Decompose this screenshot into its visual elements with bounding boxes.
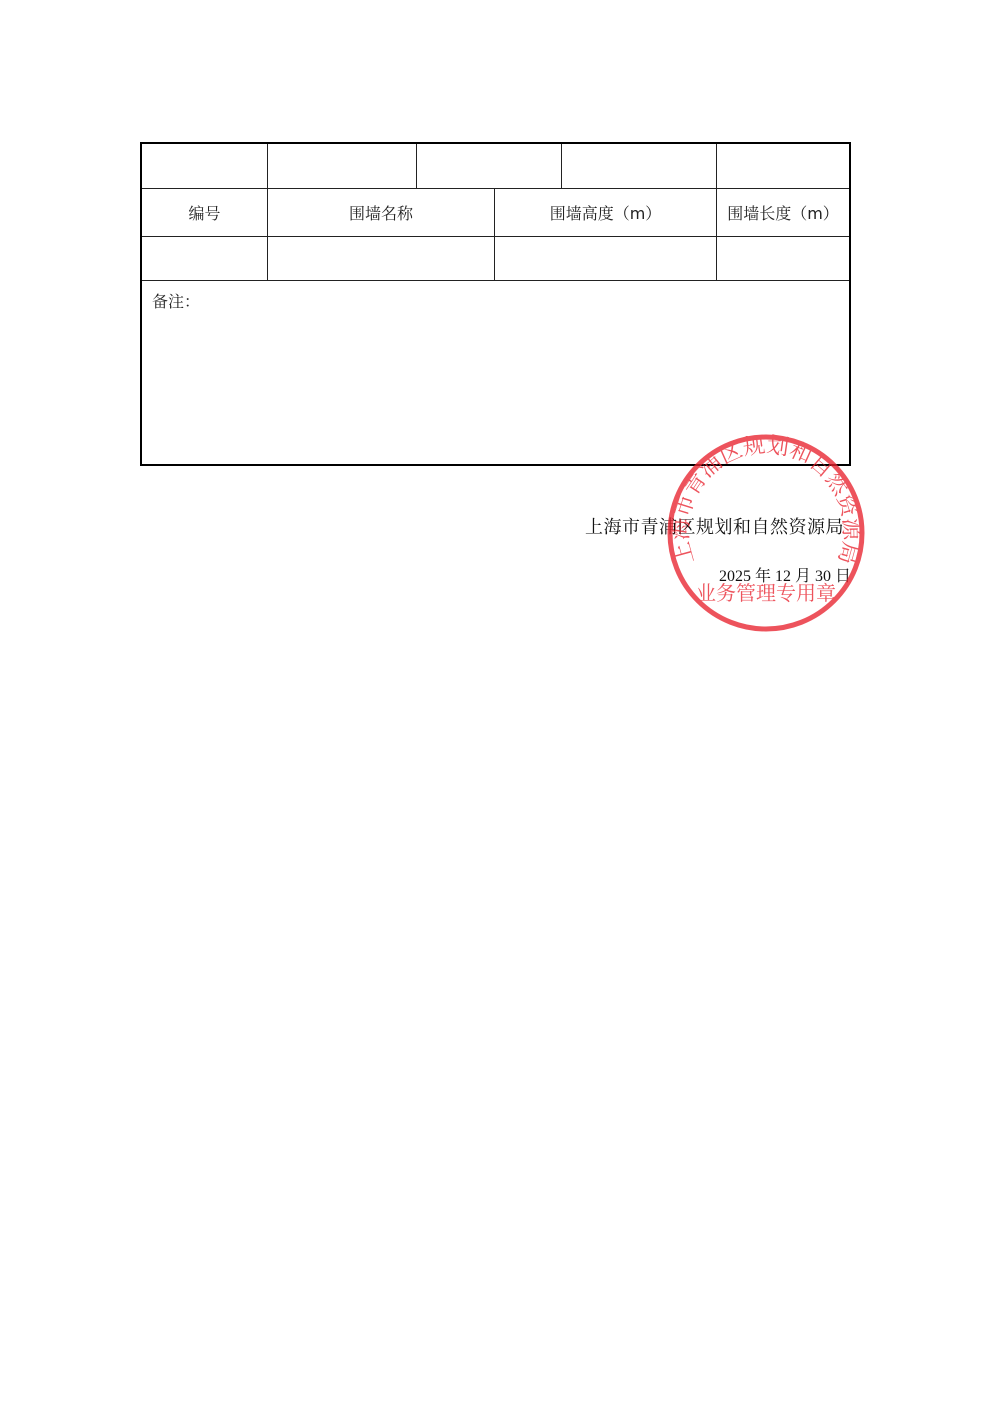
top-row-cell <box>142 144 268 189</box>
header-wall-name: 围墙名称 <box>268 189 495 237</box>
header-wall-length: 围墙长度（m） <box>717 189 849 237</box>
data-wall-height <box>495 237 717 281</box>
wall-info-table: 编号 围墙名称 围墙高度（m） 围墙长度（m） 备注： <box>140 142 851 466</box>
header-id: 编号 <box>142 189 268 237</box>
seal-ring-text: 上海市青浦区规划和自然资源局 <box>669 433 863 567</box>
top-row-cell <box>268 144 417 189</box>
top-row-cell <box>562 144 717 189</box>
remarks-label: 备注： <box>152 292 200 311</box>
top-row-cell <box>417 144 562 189</box>
data-wall-length <box>717 237 849 281</box>
header-wall-height: 围墙高度（m） <box>495 189 717 237</box>
seal-bottom-text: 业务管理专用章 <box>696 581 836 605</box>
data-wall-name <box>268 237 495 281</box>
data-id <box>142 237 268 281</box>
top-row-cell <box>717 144 849 189</box>
official-seal-stamp: 上海市青浦区规划和自然资源局 业务管理专用章 <box>666 433 866 633</box>
